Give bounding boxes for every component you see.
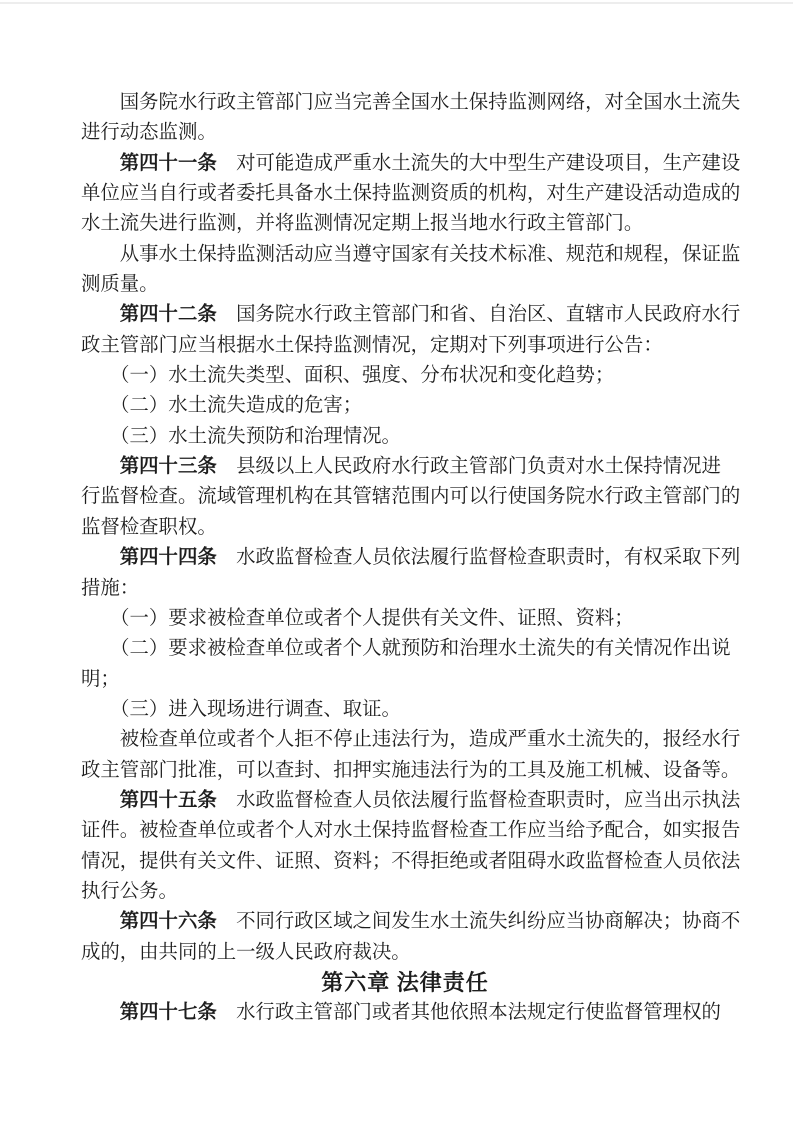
line-text: 县级以上人民政府水行政主管部门负责对水土保持情况进 xyxy=(217,456,721,477)
line-text: （三）进入现场进行调查、取证。 xyxy=(81,699,401,720)
list-item-3-line: （三）进入现场进行调查、取证。 xyxy=(81,695,729,725)
text-line: 成的，由共同的上一级人民政府裁决。 xyxy=(81,938,729,968)
line-text: （二）水土流失造成的危害； xyxy=(81,395,362,416)
line-text: 国务院水行政主管部门和省、自治区、直辖市人民政府水行 xyxy=(217,304,741,325)
line-text: 措施： xyxy=(81,578,139,599)
line-text: 国务院水行政主管部门应当完善全国水土保持监测网络，对全国水土流失 xyxy=(81,92,740,113)
line-text: 不同行政区域之间发生水土流失纠纷应当协商解决；协商不 xyxy=(217,911,741,932)
line-text: （三）水土流失预防和治理情况。 xyxy=(81,426,401,447)
article-42-number: 第四十二条 xyxy=(81,304,217,325)
line-text: 政主管部门应当根据水土保持监测情况，定期对下列事项进行公告： xyxy=(81,335,663,356)
line-text: 监督检查职权。 xyxy=(81,517,217,538)
document-page: 国务院水行政主管部门应当完善全国水土保持监测网络，对全国水土流失 进行动态监测。… xyxy=(0,0,793,1122)
article-44-opening-line: 第四十四条 水政监督检查人员依法履行监督检查职责时，有权采取下列 xyxy=(81,543,729,573)
line-text: 执行公务。 xyxy=(81,881,178,902)
text-line: 政主管部门批准，可以查封、扣押实施违法行为的工具及施工机械、设备等。 xyxy=(81,756,729,786)
line-text: 水政监督检查人员依法履行监督检查职责时，有权采取下列 xyxy=(217,547,741,568)
article-43-number: 第四十三条 xyxy=(81,456,217,477)
line-text: 水政监督检查人员依法履行监督检查职责时，应当出示执法 xyxy=(217,790,741,811)
list-item-3-line: （三）水土流失预防和治理情况。 xyxy=(81,422,729,452)
line-text: 政主管部门批准，可以查封、扣押实施违法行为的工具及施工机械、设备等。 xyxy=(81,760,740,781)
text-line: 行监督检查。流域管理机构在其管辖范围内可以行使国务院水行政主管部门的 xyxy=(81,482,729,512)
list-item-2-line: （二）要求被检查单位或者个人就预防和治理水土流失的有关情况作出说 xyxy=(81,634,729,664)
line-text: 情况，提供有关文件、证照、资料；不得拒绝或者阻碍水政监督检查人员依法 xyxy=(81,851,740,872)
line-text: 明； xyxy=(81,669,120,690)
article-47-number: 第四十七条 xyxy=(81,1002,217,1023)
text-line: 措施： xyxy=(81,574,729,604)
text-line: 水土流失进行监测，并将监测情况定期上报当地水行政主管部门。 xyxy=(81,209,729,239)
list-item-1-line: （一）要求被检查单位或者个人提供有关文件、证照、资料； xyxy=(81,604,729,634)
text-line: 被检查单位或者个人拒不停止违法行为，造成严重水土流失的，报经水行 xyxy=(81,725,729,755)
line-text: 被检查单位或者个人拒不停止违法行为，造成严重水土流失的，报经水行 xyxy=(81,729,740,750)
list-item-2-line: （二）水土流失造成的危害； xyxy=(81,391,729,421)
line-text: 从事水土保持监测活动应当遵守国家有关技术标准、规范和规程，保证监 xyxy=(81,244,740,265)
line-text: 水土流失进行监测，并将监测情况定期上报当地水行政主管部门。 xyxy=(81,213,643,234)
line-text: 单位应当自行或者委托具备水土保持监测资质的机构，对生产建设活动造成的 xyxy=(81,183,740,204)
text-line: 政主管部门应当根据水土保持监测情况，定期对下列事项进行公告： xyxy=(81,331,729,361)
text-line: 单位应当自行或者委托具备水土保持监测资质的机构，对生产建设活动造成的 xyxy=(81,179,729,209)
line-text: （一）水土流失类型、面积、强度、分布状况和变化趋势； xyxy=(81,365,614,386)
article-42-opening-line: 第四十二条 国务院水行政主管部门和省、自治区、直辖市人民政府水行 xyxy=(81,300,729,330)
text-line: 测质量。 xyxy=(81,270,729,300)
page-top-edge-artifact xyxy=(0,2,793,4)
article-44-number: 第四十四条 xyxy=(81,547,217,568)
article-45-opening-line: 第四十五条 水政监督检查人员依法履行监督检查职责时，应当出示执法 xyxy=(81,786,729,816)
line-text: 证件。被检查单位或者个人对水土保持监督检查工作应当给予配合，如实报告 xyxy=(81,820,740,841)
article-46-opening-line: 第四十六条 不同行政区域之间发生水土流失纠纷应当协商解决；协商不 xyxy=(81,907,729,937)
line-text: 测质量。 xyxy=(81,274,159,295)
line-text: （一）要求被检查单位或者个人提供有关文件、证照、资料； xyxy=(81,608,634,629)
document-body: 国务院水行政主管部门应当完善全国水土保持监测网络，对全国水土流失 进行动态监测。… xyxy=(81,88,729,1029)
line-text: 进行动态监测。 xyxy=(81,122,217,143)
article-41-opening-line: 第四十一条 对可能造成严重水土流失的大中型生产建设项目，生产建设 xyxy=(81,149,729,179)
line-text: 水行政主管部门或者其他依照本法规定行使监督管理权的 xyxy=(217,1002,721,1023)
article-47-opening-line: 第四十七条 水行政主管部门或者其他依照本法规定行使监督管理权的 xyxy=(81,998,729,1028)
text-line: 进行动态监测。 xyxy=(81,118,729,148)
text-line: 明； xyxy=(81,665,729,695)
chapter-heading-text: 第六章 法律责任 xyxy=(321,970,489,995)
line-text: 对可能造成严重水土流失的大中型生产建设项目，生产建设 xyxy=(217,153,741,174)
text-line: 国务院水行政主管部门应当完善全国水土保持监测网络，对全国水土流失 xyxy=(81,88,729,118)
text-line: 监督检查职权。 xyxy=(81,513,729,543)
line-text: 行监督检查。流域管理机构在其管辖范围内可以行使国务院水行政主管部门的 xyxy=(81,486,740,507)
article-45-number: 第四十五条 xyxy=(81,790,217,811)
text-line: 从事水土保持监测活动应当遵守国家有关技术标准、规范和规程，保证监 xyxy=(81,240,729,270)
article-43-opening-line: 第四十三条 县级以上人民政府水行政主管部门负责对水土保持情况进 xyxy=(81,452,729,482)
chapter-6-heading: 第六章 法律责任 xyxy=(81,968,729,998)
text-line: 执行公务。 xyxy=(81,877,729,907)
text-line: 证件。被检查单位或者个人对水土保持监督检查工作应当给予配合，如实报告 xyxy=(81,816,729,846)
article-46-number: 第四十六条 xyxy=(81,911,217,932)
line-text: （二）要求被检查单位或者个人就预防和治理水土流失的有关情况作出说 xyxy=(81,638,731,659)
line-text: 成的，由共同的上一级人民政府裁决。 xyxy=(81,942,411,963)
text-line: 情况，提供有关文件、证照、资料；不得拒绝或者阻碍水政监督检查人员依法 xyxy=(81,847,729,877)
article-41-number: 第四十一条 xyxy=(81,153,217,174)
list-item-1-line: （一）水土流失类型、面积、强度、分布状况和变化趋势； xyxy=(81,361,729,391)
